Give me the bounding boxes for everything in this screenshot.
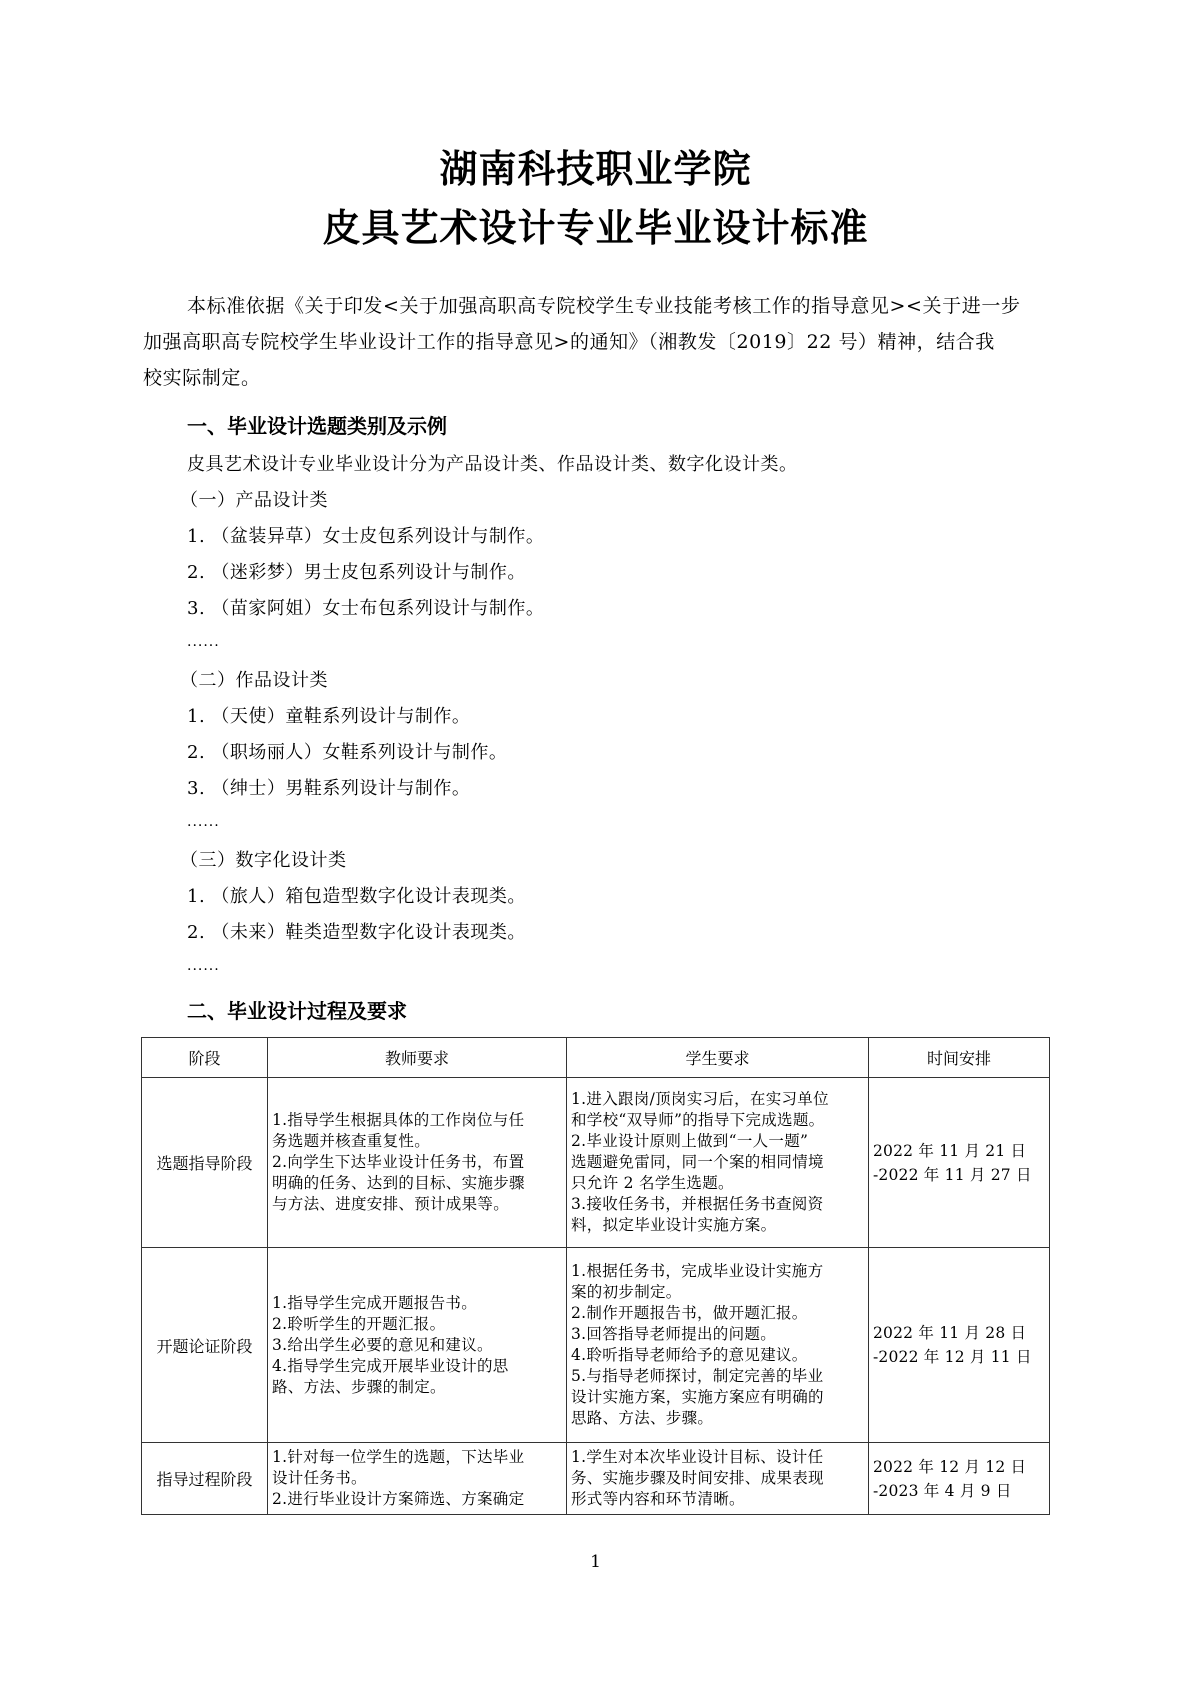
cell-line: 案的初步制定。 bbox=[571, 1282, 864, 1303]
category-3-title: （三）数字化设计类 bbox=[180, 846, 347, 872]
category-3-ellipsis: ...... bbox=[187, 958, 220, 974]
header-stage: 阶段 bbox=[142, 1038, 268, 1078]
cell-line: 务选题并核查重复性。 bbox=[272, 1131, 562, 1152]
cell-line: 思路、方法、步骤。 bbox=[571, 1408, 864, 1429]
category-2-title: （二）作品设计类 bbox=[180, 666, 328, 692]
teacher-requirements-cell: 1.指导学生完成开题报告书。 2.聆听学生的开题汇报。 3.给出学生必要的意见和… bbox=[268, 1248, 567, 1443]
cell-line: 选题避免雷同，同一个案的相同情境 bbox=[571, 1152, 864, 1173]
cell-line: 2.进行毕业设计方案筛选、方案确定 bbox=[272, 1489, 562, 1510]
schedule-start: 2022 年 12 月 12 日 bbox=[873, 1455, 1045, 1479]
cell-line: 1.指导学生根据具体的工作岗位与任 bbox=[272, 1110, 562, 1131]
cell-line: 料，拟定毕业设计实施方案。 bbox=[571, 1215, 864, 1236]
cell-line: 只允许 2 名学生选题。 bbox=[571, 1173, 864, 1194]
table-row: 指导过程阶段 1.针对每一位学生的选题，下达毕业 设计任务书。 2.进行毕业设计… bbox=[142, 1443, 1050, 1515]
table-header-row: 阶段 教师要求 学生要求 时间安排 bbox=[142, 1038, 1050, 1078]
page-number: 1 bbox=[0, 1552, 1191, 1572]
stage-cell: 选题指导阶段 bbox=[142, 1078, 268, 1248]
schedule-cell: 2022 年 11 月 28 日 -2022 年 12 月 11 日 bbox=[869, 1248, 1050, 1443]
category-3-item-1: 1. （旅人）箱包造型数字化设计表现类。 bbox=[187, 882, 526, 908]
intro-paragraph-line-3: 校实际制定。 bbox=[143, 360, 261, 396]
student-requirements-cell: 1.学生对本次毕业设计目标、设计任 务、实施步骤及时间安排、成果表现 形式等内容… bbox=[567, 1443, 869, 1515]
section-2-heading: 二、毕业设计过程及要求 bbox=[187, 995, 407, 1024]
cell-line: 形式等内容和环节清晰。 bbox=[571, 1489, 864, 1510]
cell-line: 和学校“双导师”的指导下完成选题。 bbox=[571, 1110, 864, 1131]
table-row: 开题论证阶段 1.指导学生完成开题报告书。 2.聆听学生的开题汇报。 3.给出学… bbox=[142, 1248, 1050, 1443]
cell-line: 务、实施步骤及时间安排、成果表现 bbox=[571, 1468, 864, 1489]
schedule-start: 2022 年 11 月 28 日 bbox=[873, 1321, 1045, 1345]
cell-line: 1.进入跟岗/顶岗实习后，在实习单位 bbox=[571, 1089, 864, 1110]
cell-line: 5.与指导老师探讨，制定完善的毕业 bbox=[571, 1366, 864, 1387]
teacher-requirements-cell: 1.针对每一位学生的选题，下达毕业 设计任务书。 2.进行毕业设计方案筛选、方案… bbox=[268, 1443, 567, 1515]
institution-title: 湖南科技职业学院 bbox=[0, 150, 1191, 188]
cell-line: 1.学生对本次毕业设计目标、设计任 bbox=[571, 1447, 864, 1468]
cell-line: 4.聆听指导老师给予的意见建议。 bbox=[571, 1345, 864, 1366]
cell-line: 与方法、进度安排、预计成果等。 bbox=[272, 1194, 562, 1215]
teacher-requirements-cell: 1.指导学生根据具体的工作岗位与任 务选题并核查重复性。 2.向学生下达毕业设计… bbox=[268, 1078, 567, 1248]
schedule-end: -2022 年 12 月 11 日 bbox=[873, 1345, 1045, 1369]
document-title: 皮具艺术设计专业毕业设计标准 bbox=[0, 209, 1191, 247]
cell-line: 2.制作开题报告书，做开题汇报。 bbox=[571, 1303, 864, 1324]
cell-line: 设计实施方案，实施方案应有明确的 bbox=[571, 1387, 864, 1408]
category-2-ellipsis: ...... bbox=[187, 814, 220, 830]
cell-line: 4.指导学生完成开展毕业设计的思 bbox=[272, 1356, 562, 1377]
cell-line: 3.回答指导老师提出的问题。 bbox=[571, 1324, 864, 1345]
category-2-item-2: 2. （职场丽人）女鞋系列设计与制作。 bbox=[187, 738, 507, 764]
section-1-summary: 皮具艺术设计专业毕业设计分为产品设计类、作品设计类、数字化设计类。 bbox=[187, 450, 798, 476]
category-1-item-2: 2. （迷彩梦）男士皮包系列设计与制作。 bbox=[187, 558, 526, 584]
student-requirements-cell: 1.进入跟岗/顶岗实习后，在实习单位 和学校“双导师”的指导下完成选题。 2.毕… bbox=[567, 1078, 869, 1248]
stage-cell: 指导过程阶段 bbox=[142, 1443, 268, 1515]
cell-line: 3.接收任务书，并根据任务书查阅资 bbox=[571, 1194, 864, 1215]
category-3-item-2: 2. （未来）鞋类造型数字化设计表现类。 bbox=[187, 918, 526, 944]
cell-line: 路、方法、步骤的制定。 bbox=[272, 1377, 562, 1398]
intro-paragraph-line-1: 本标准依据《关于印发<关于加强高职高专院校学生专业技能考核工作的指导意见><关于… bbox=[187, 288, 1021, 324]
process-table: 阶段 教师要求 学生要求 时间安排 选题指导阶段 1.指导学生根据具体的工作岗位… bbox=[141, 1037, 1050, 1515]
cell-line: 明确的任务、达到的目标、实施步骤 bbox=[272, 1173, 562, 1194]
schedule-start: 2022 年 11 月 21 日 bbox=[873, 1139, 1045, 1163]
stage-cell: 开题论证阶段 bbox=[142, 1248, 268, 1443]
cell-line: 1.指导学生完成开题报告书。 bbox=[272, 1293, 562, 1314]
category-1-item-1: 1. （盆装异草）女士皮包系列设计与制作。 bbox=[187, 522, 544, 548]
category-1-title: （一）产品设计类 bbox=[180, 486, 328, 512]
schedule-end: -2023 年 4 月 9 日 bbox=[873, 1479, 1045, 1503]
header-schedule: 时间安排 bbox=[869, 1038, 1050, 1078]
schedule-cell: 2022 年 12 月 12 日 -2023 年 4 月 9 日 bbox=[869, 1443, 1050, 1515]
header-teacher-requirements: 教师要求 bbox=[268, 1038, 567, 1078]
cell-line: 设计任务书。 bbox=[272, 1468, 562, 1489]
cell-line: 2.聆听学生的开题汇报。 bbox=[272, 1314, 562, 1335]
category-1-item-3: 3. （苗家阿姐）女士布包系列设计与制作。 bbox=[187, 594, 544, 620]
category-1-ellipsis: ...... bbox=[187, 634, 220, 650]
header-student-requirements: 学生要求 bbox=[567, 1038, 869, 1078]
cell-line: 2.向学生下达毕业设计任务书，布置 bbox=[272, 1152, 562, 1173]
cell-line: 1.根据任务书，完成毕业设计实施方 bbox=[571, 1261, 864, 1282]
cell-line: 3.给出学生必要的意见和建议。 bbox=[272, 1335, 562, 1356]
student-requirements-cell: 1.根据任务书，完成毕业设计实施方 案的初步制定。 2.制作开题报告书，做开题汇… bbox=[567, 1248, 869, 1443]
cell-line: 2.毕业设计原则上做到“一人一题” bbox=[571, 1131, 864, 1152]
schedule-cell: 2022 年 11 月 21 日 -2022 年 11 月 27 日 bbox=[869, 1078, 1050, 1248]
table-row: 选题指导阶段 1.指导学生根据具体的工作岗位与任 务选题并核查重复性。 2.向学… bbox=[142, 1078, 1050, 1248]
cell-line: 1.针对每一位学生的选题，下达毕业 bbox=[272, 1447, 562, 1468]
section-1-heading: 一、毕业设计选题类别及示例 bbox=[187, 410, 447, 439]
intro-paragraph-line-2: 加强高职高专院校学生毕业设计工作的指导意见>的通知》（湘教发〔2019〕22 号… bbox=[143, 324, 995, 360]
schedule-end: -2022 年 11 月 27 日 bbox=[873, 1163, 1045, 1187]
category-2-item-1: 1. （天使）童鞋系列设计与制作。 bbox=[187, 702, 470, 728]
category-2-item-3: 3. （绅士）男鞋系列设计与制作。 bbox=[187, 774, 470, 800]
